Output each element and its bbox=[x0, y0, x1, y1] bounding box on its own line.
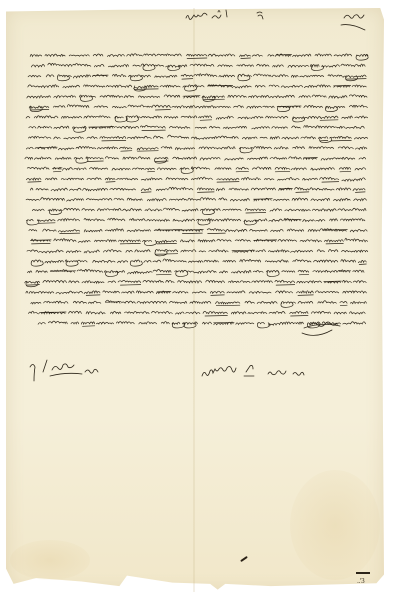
header-text bbox=[186, 10, 365, 30]
handwritten-line bbox=[26, 116, 368, 122]
handwritten-line bbox=[32, 208, 366, 215]
handwritten-line bbox=[27, 249, 368, 255]
handwritten-line bbox=[27, 95, 367, 102]
handwritten-line bbox=[30, 54, 368, 60]
handwritten-line bbox=[28, 85, 366, 91]
handwritten-line bbox=[28, 74, 366, 81]
handwritten-line bbox=[30, 187, 365, 192]
handwritten-line bbox=[31, 300, 367, 307]
handwriting-layer bbox=[0, 0, 398, 600]
handwritten-line bbox=[27, 167, 365, 174]
handwritten-line bbox=[29, 229, 367, 234]
handwritten-line bbox=[31, 259, 366, 266]
handwritten-line bbox=[29, 105, 367, 112]
handwritten-line bbox=[25, 157, 366, 164]
handwritten-line bbox=[26, 198, 366, 202]
body-text-lines bbox=[25, 54, 368, 328]
handwritten-line bbox=[31, 63, 365, 70]
handwritten-line bbox=[31, 238, 368, 245]
closing-signature bbox=[30, 322, 340, 381]
handwritten-line bbox=[26, 177, 365, 182]
handwritten-line bbox=[29, 311, 366, 316]
handwritten-line bbox=[25, 280, 367, 287]
page-number-mark: ..'3 bbox=[357, 578, 364, 585]
handwritten-line bbox=[26, 146, 366, 153]
handwritten-line bbox=[29, 125, 365, 132]
handwritten-line bbox=[26, 291, 367, 296]
handwritten-line bbox=[28, 269, 364, 276]
handwritten-line bbox=[26, 218, 365, 225]
handwritten-line bbox=[29, 135, 368, 142]
page-mark-rule bbox=[356, 572, 370, 574]
